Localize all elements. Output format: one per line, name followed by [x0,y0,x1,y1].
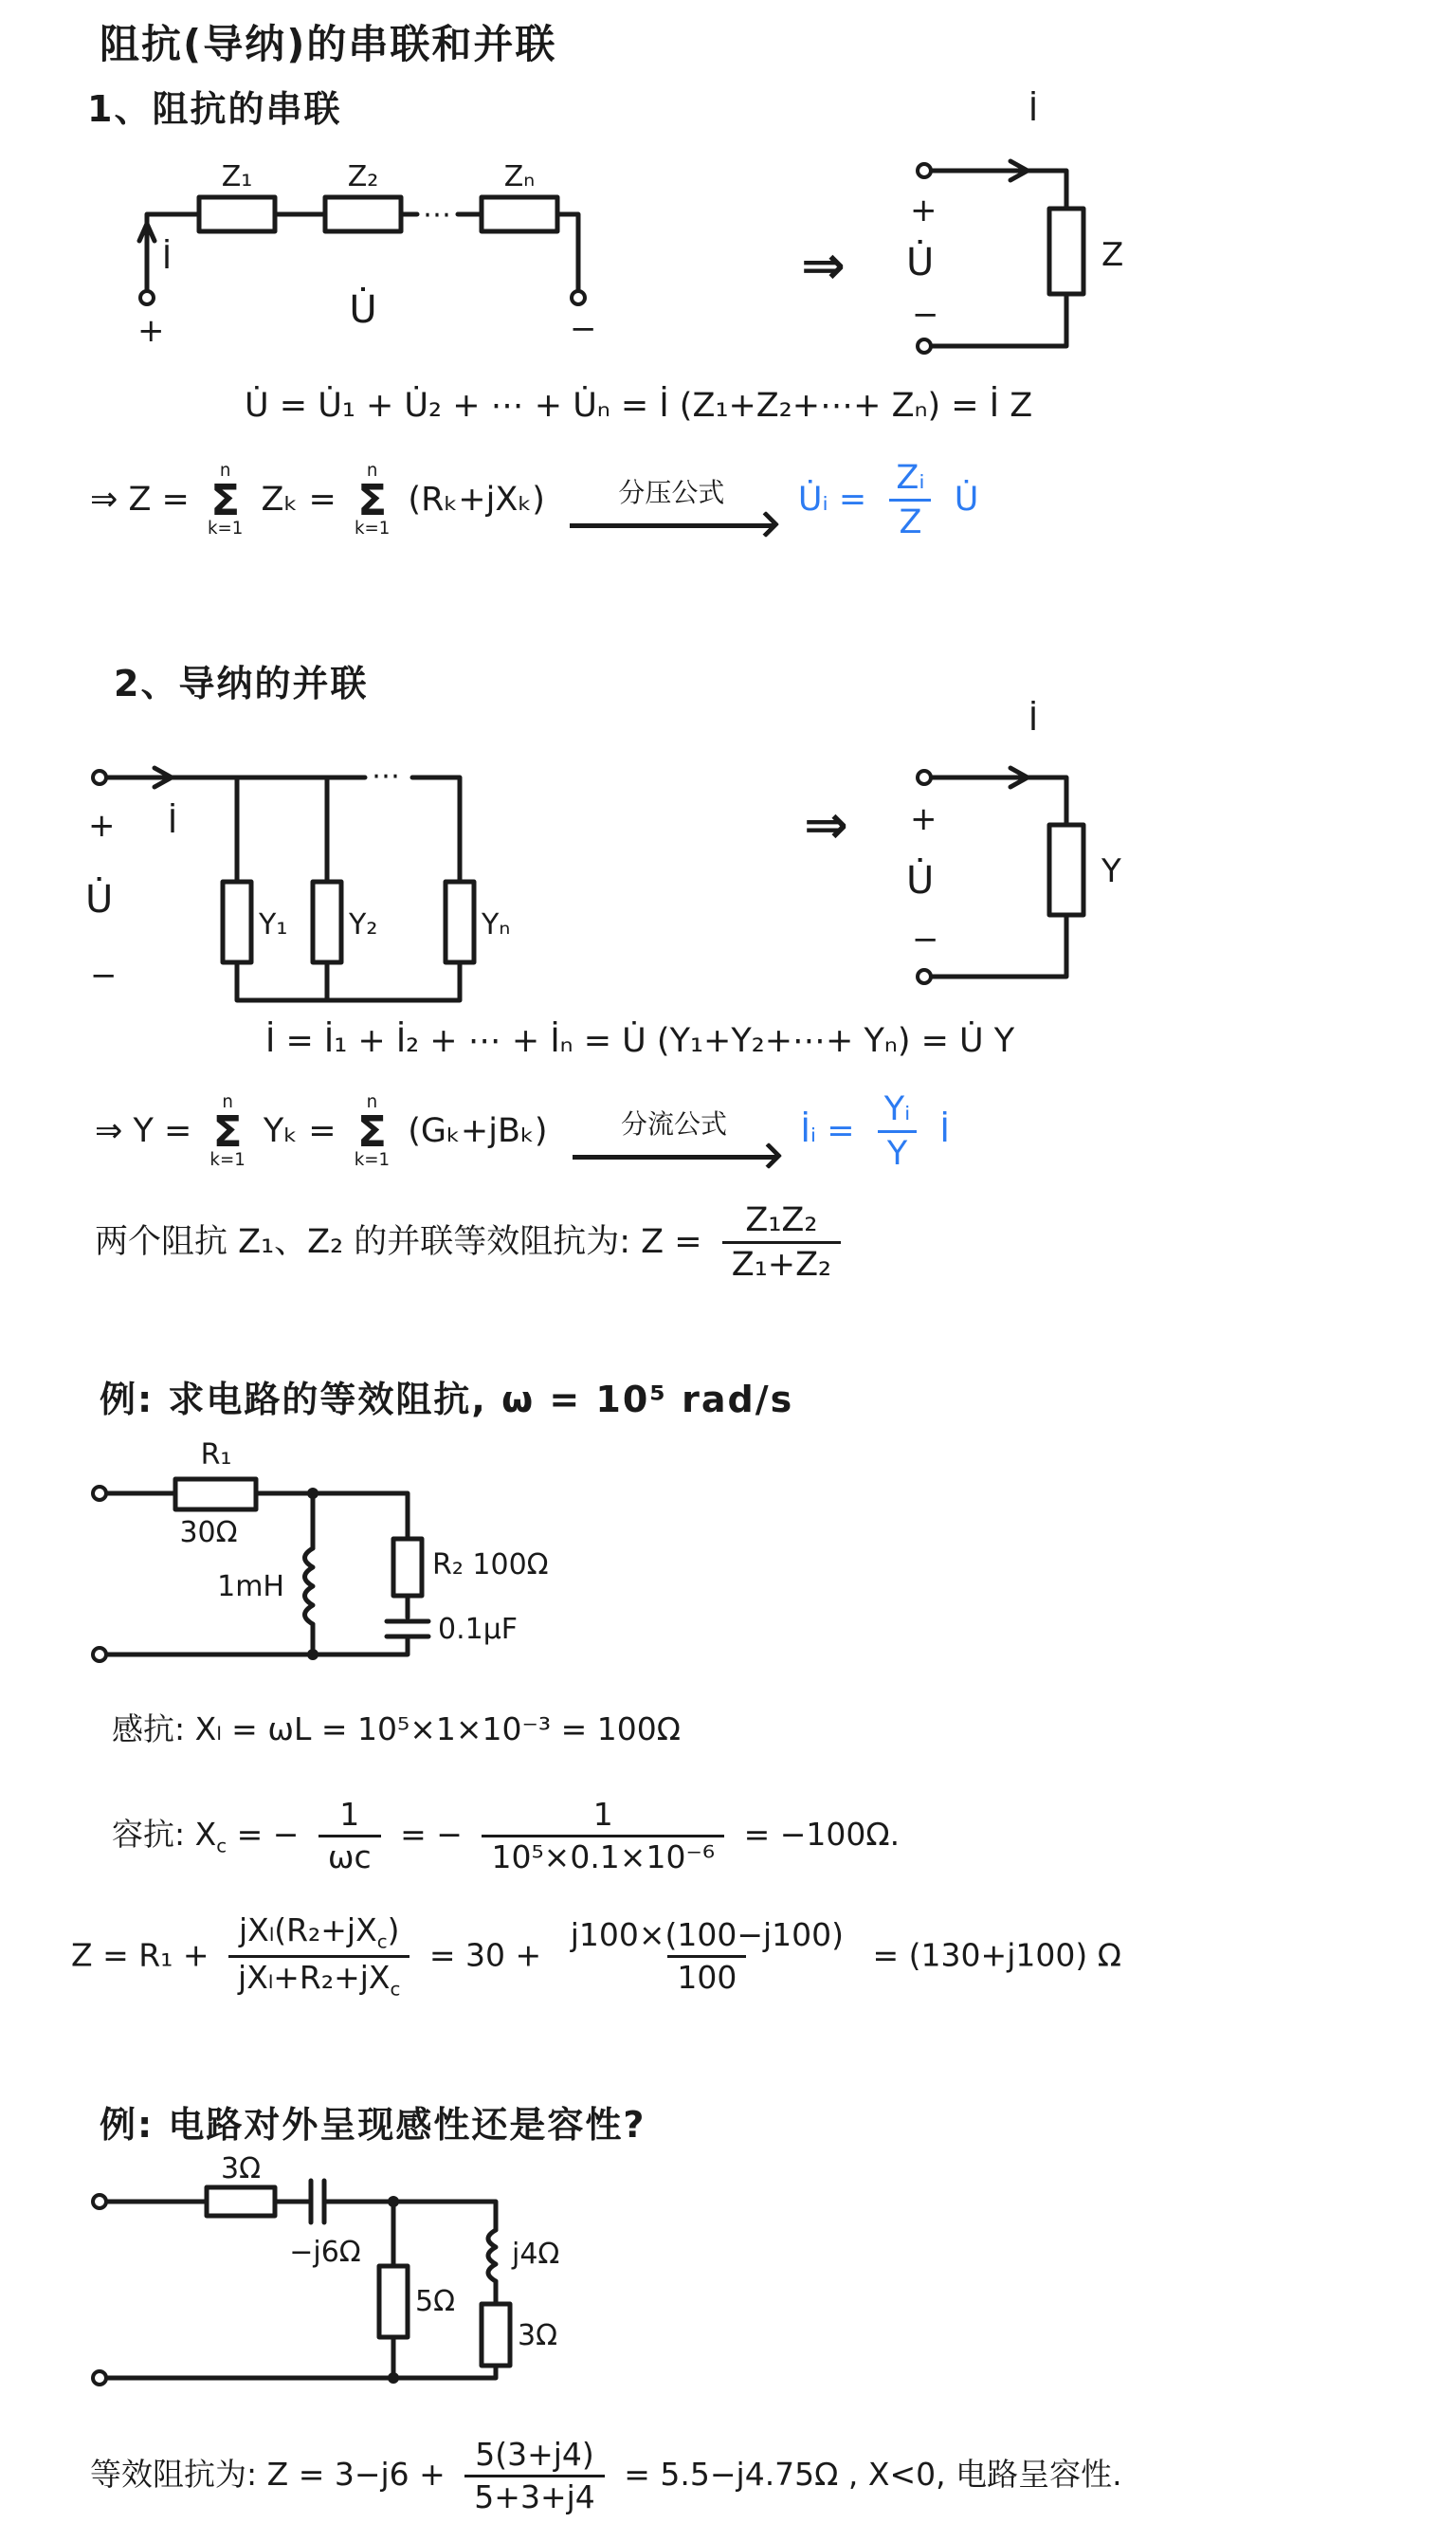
inductor-coil [305,1548,314,1624]
impedance-sum-formula: ⇒ Z = nΣk=1 Zₖ = nΣk=1 (Rₖ+jXₖ)分压公式U̇ᵢ =… [90,457,978,544]
equivalent-impedance-calc: Z = R₁ + jXₗ(R₂+jXc)jXₗ+R₂+jXc = 30 + j1… [71,1910,1121,2003]
terminal-top [93,2195,106,2208]
terminal-plus [93,771,106,784]
admittance-sum-formula: ⇒ Y = nΣk=1 Yₖ = nΣk=1 (Gₖ+jBₖ)分流公式İᵢ = … [95,1088,950,1176]
label-voltage: U̇ [906,858,934,903]
label-plus: + [910,800,937,838]
terminal-minus [918,970,931,983]
ellipsis: ⋯ [372,759,400,793]
note-title: 阻抗(导纳)的串联和并联 [100,13,556,70]
admittance-y2-box [313,882,341,962]
terminal-plus [918,164,931,177]
admittance-yn-box [446,882,474,962]
current-sum-formula: İ = İ₁ + İ₂ + ⋯ + İₙ = U̇ (Y₁+Y₂+⋯+ Yₙ) … [265,1022,1014,1060]
wire [931,777,1066,977]
label-3ohm-series: 3Ω [221,2152,261,2185]
junction-top [388,2196,399,2207]
section2-heading: 2、导纳的并联 [114,654,368,706]
label-plus: + [910,192,937,229]
label-minus-j6: −j6Ω [289,2236,360,2269]
capacitive-reactance-formula: 容抗: Xc = − 1ωc = − 110⁵×0.1×10⁻⁶ = −100Ω… [112,1795,900,1877]
label-current: İ [1028,91,1038,129]
handwritten-note-page: 阻抗(导纳)的串联和并联 1、阻抗的串联 Z₁ Z₂ Zₙ ⋯ İ U̇ + −… [0,0,1456,2541]
label-r2-value: R₂ 100Ω [432,1548,549,1581]
label-voltage: U̇ [85,877,113,922]
junction-bottom [388,2372,399,2384]
label-z1: Z₁ [222,160,253,193]
inductive-reactance-formula: 感抗: Xₗ = ωL = 10⁵×1×10⁻³ = 100Ω [112,1705,681,1749]
junction-top [307,1488,318,1499]
capacitor [387,1621,428,1636]
section1-heading: 1、阻抗的串联 [87,80,341,132]
resistor-z1 [199,197,275,231]
label-y: Y [1101,852,1121,890]
label-voltage: U̇ [349,287,376,332]
terminal-plus [918,771,931,784]
example1-circuit: R₁ 30Ω 1mH R₂ 100Ω 0.1μF [83,1439,652,1686]
label-y2: Y₂ [348,908,377,941]
resistor-3ohm-series [207,2187,275,2216]
two-impedance-parallel-formula: 两个阻抗 Z₁、Z₂ 的并联等效阻抗为: Z = Z₁Z₂Z₁+Z₂ [95,1199,850,1287]
label-minus: − [90,957,118,995]
wire [931,171,1066,346]
label-j4: j4Ω [511,2238,559,2271]
resistor-r2 [393,1539,422,1596]
label-current: İ [162,239,172,277]
label-voltage: U̇ [906,240,934,284]
terminal-minus [572,291,585,304]
terminal-top [93,1487,106,1500]
label-inductor-value: 1mH [217,1570,284,1603]
inductor-coil [488,2230,496,2281]
capacitor [311,2181,324,2222]
resistor-zn [482,197,557,231]
label-capacitor-value: 0.1μF [438,1613,518,1646]
voltage-sum-formula: U̇ = U̇₁ + U̇₂ + ⋯ + U̇ₙ = İ (Z₁+Z₂+⋯+ Z… [245,387,1032,425]
label-z: Z [1101,236,1123,274]
parallel-admittance-circuit: ⋯ İ Y₁ Y₂ Yₙ + U̇ − [81,730,630,1015]
label-plus: + [88,807,116,845]
series-impedance-circuit: Z₁ Z₂ Zₙ ⋯ İ U̇ + − [81,140,630,373]
junction-bottom [307,1649,318,1660]
wire [106,777,460,1000]
impedance-box [1049,209,1083,294]
resistor-z2 [325,197,401,231]
example2-result-formula: 等效阻抗为: Z = 3−j6 + 5(3+j4)5+3+j4 = 5.5−j4… [90,2435,1122,2517]
terminal-bottom [93,1648,106,1661]
equivalence-arrow-2: ⇒ [804,795,848,856]
label-5ohm: 5Ω [415,2285,455,2318]
label-z2: Z₂ [348,160,379,193]
label-current: İ [1028,701,1038,739]
equivalent-impedance-circuit: İ Z + U̇ − [882,81,1166,375]
label-r1-value: 30Ω [179,1516,237,1549]
label-minus: − [912,296,939,334]
ellipsis: ⋯ [423,198,451,231]
admittance-box [1049,825,1083,915]
resistor-5ohm [379,2266,408,2337]
wire [147,214,578,290]
equivalence-arrow-1: ⇒ [801,235,846,297]
terminal-minus [918,339,931,353]
example2-circuit: 3Ω −j6Ω 5Ω j4Ω 3Ω [83,2166,652,2422]
label-minus: − [912,921,939,959]
label-y1: Y₁ [258,908,287,941]
resistor-r1 [175,1479,256,1509]
terminal-bottom [93,2371,106,2385]
equivalent-admittance-circuit: İ Y + U̇ − [882,692,1166,1015]
label-zn: Zₙ [504,160,536,193]
label-3ohm-right: 3Ω [518,2319,557,2352]
admittance-y1-box [223,882,251,962]
label-minus: − [570,310,597,348]
resistor-3ohm-right [482,2304,510,2366]
example2-heading: 例: 电路对外呈现感性还是容性? [100,2095,646,2148]
label-r1: R₁ [201,1438,232,1472]
label-plus: + [137,312,165,350]
label-yn: Yₙ [481,908,510,941]
example1-heading: 例: 求电路的等效阻抗, ω = 10⁵ rad/s [100,1370,793,1422]
terminal-plus [140,291,154,304]
label-current: İ [168,803,177,841]
